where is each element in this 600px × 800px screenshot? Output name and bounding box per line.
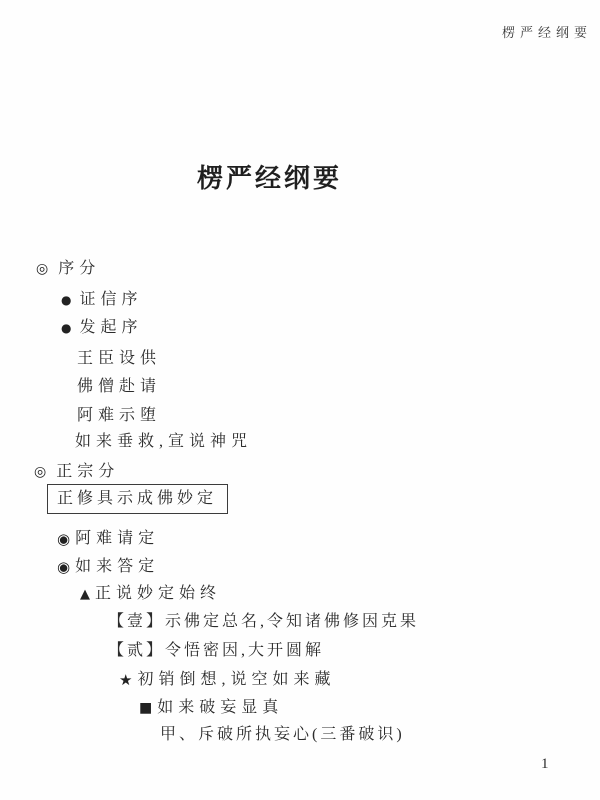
outline-item-label: 【贰】令悟密因,大开圆解 — [108, 643, 324, 659]
filled-circle-bullet-icon: ● — [61, 294, 71, 306]
outline-item-label: 阿难示堕 — [77, 408, 161, 424]
outline-item: 【贰】令悟密因,大开圆解 — [108, 643, 324, 659]
outline-item: ◉ 如来答定 — [57, 559, 159, 575]
outline-item-label: 正修具示成佛妙定 — [57, 491, 217, 507]
outline-item-label: 正宗分 — [56, 464, 119, 480]
outline-item: ★ 初销倒想,说空如来藏 — [119, 672, 335, 688]
page-title: 楞严经纲要 — [197, 166, 342, 192]
fisheye-bullet-icon: ◉ — [57, 532, 70, 547]
outline-item-boxed: 正修具示成佛妙定 — [47, 484, 228, 514]
double-circle-bullet-icon: ◎ — [36, 262, 48, 276]
outline-item: ● 证信序 — [61, 292, 143, 308]
outline-item-label: 证信序 — [79, 292, 142, 308]
outline-item-label: 如来垂救,宣说神咒 — [75, 434, 252, 450]
filled-circle-bullet-icon: ● — [61, 322, 71, 334]
double-circle-bullet-icon: ◎ — [34, 465, 46, 479]
outline-item-label: 初销倒想,说空如来藏 — [137, 672, 335, 688]
outline-item: 佛僧赴请 — [77, 379, 161, 395]
triangle-bullet-icon: ▲ — [80, 588, 90, 601]
star-bullet-icon: ★ — [119, 673, 132, 688]
page-number: 1 — [541, 757, 549, 772]
square-bullet-icon: ■ — [139, 701, 152, 715]
outline-item: ▲ 正说妙定始终 — [80, 586, 221, 602]
outline-item-label: 王臣设供 — [77, 351, 161, 367]
outline-item-label: 【壹】示佛定总名,令知诸佛修因克果 — [108, 614, 419, 630]
outline-item-label: 发起序 — [79, 320, 142, 336]
outline-item-label: 如来答定 — [75, 559, 159, 575]
outline-item-label: 甲、斥破所执妄心(三番破识) — [160, 727, 405, 743]
outline-item: 阿难示堕 — [77, 408, 161, 424]
outline-item-label: 阿难请定 — [75, 531, 159, 547]
document-page: 楞严经纲要 楞严经纲要 ◎ 序分 ● 证信序 ● 发起序 王臣设供 佛僧赴请 阿… — [0, 0, 600, 800]
outline-item-label: 正说妙定始终 — [95, 586, 221, 602]
outline-item: ● 发起序 — [61, 320, 143, 336]
outline-item: ◎ 正宗分 — [34, 464, 119, 480]
outline-item: 如来垂救,宣说神咒 — [75, 434, 252, 450]
outline-item: ■ 如来破妄显真 — [139, 700, 283, 716]
outline-item-label: 佛僧赴请 — [77, 379, 161, 395]
outline-item: ◎ 序分 — [36, 261, 100, 277]
running-header: 楞严经纲要 — [502, 26, 592, 39]
fisheye-bullet-icon: ◉ — [57, 560, 70, 575]
outline-item-label: 序分 — [58, 261, 100, 277]
outline-item-label: 如来破妄显真 — [157, 700, 283, 716]
outline-item: 王臣设供 — [77, 351, 161, 367]
outline-item: 甲、斥破所执妄心(三番破识) — [160, 727, 405, 743]
outline-item: 【壹】示佛定总名,令知诸佛修因克果 — [108, 614, 419, 630]
outline-item: ◉ 阿难请定 — [57, 531, 159, 547]
